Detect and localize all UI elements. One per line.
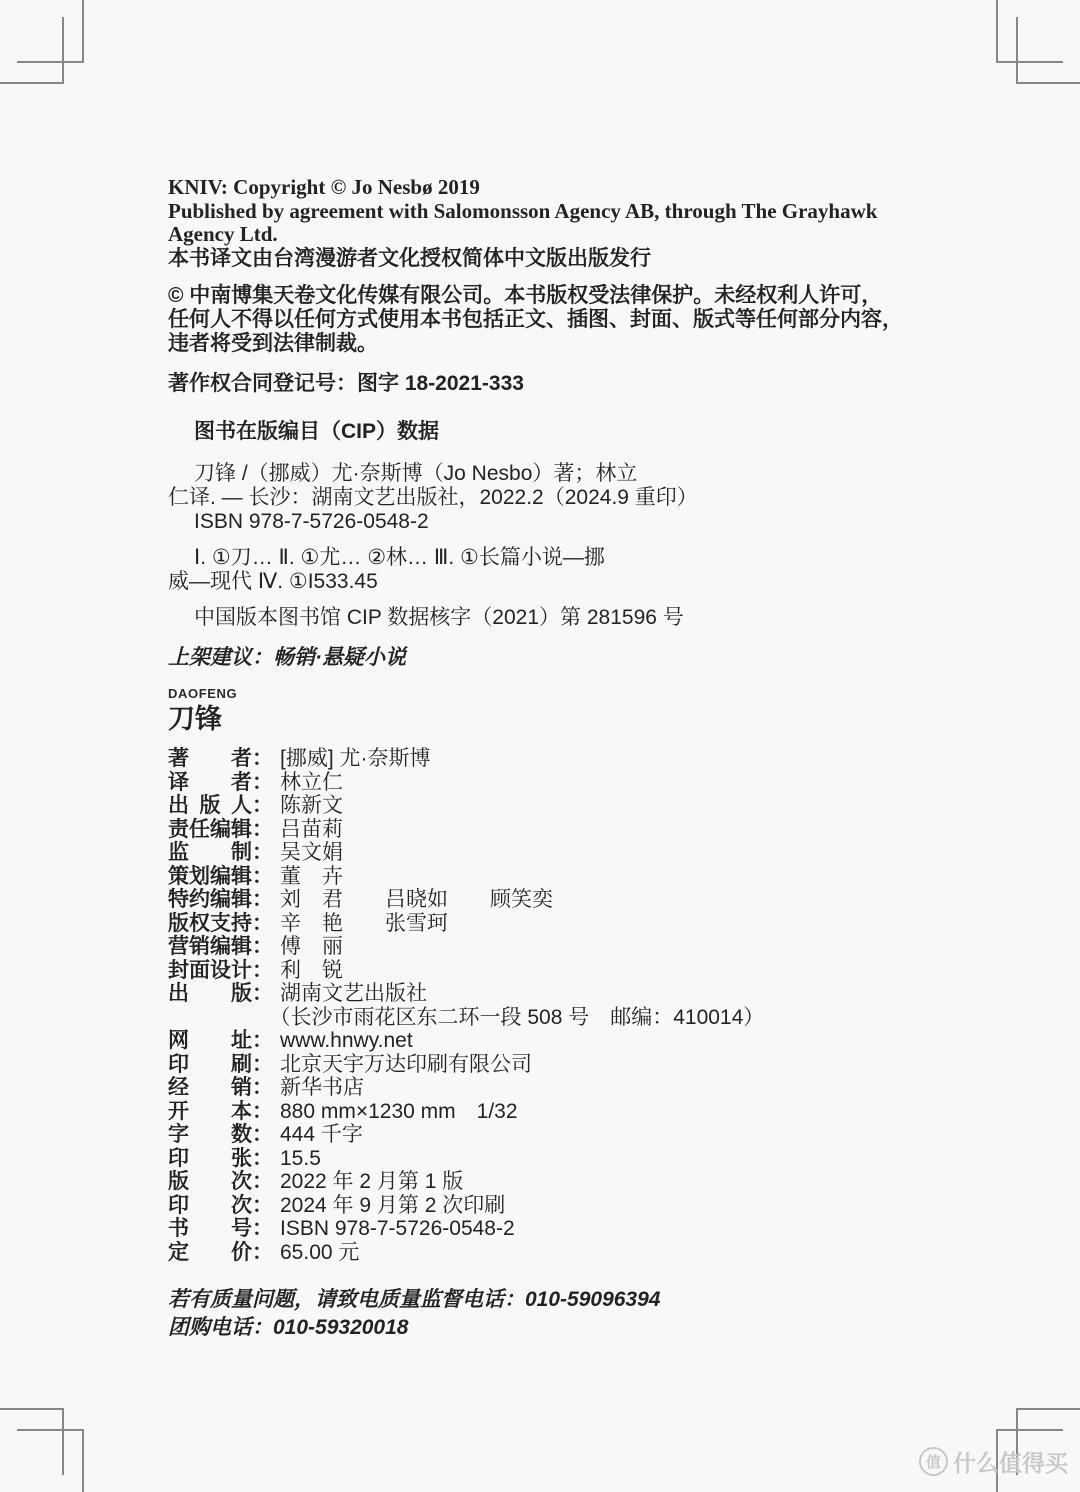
cip-classification: Ⅰ. ①刀… Ⅱ. ①尤… ②林… Ⅲ. ①长篇小说—挪 威—现代 Ⅳ. ①I5… (168, 546, 920, 594)
colophon-row: 封面设计：利 锐 (168, 959, 920, 983)
colophon-label: 经销 (168, 1076, 252, 1100)
colophon-value: 傅 丽 (280, 935, 343, 958)
colophon-label: 责任编辑 (168, 818, 252, 842)
cip-entry: 刀锋 /（挪威）尤·奈斯博（Jo Nesbo）著；林立 仁译. — 长沙：湖南文… (168, 462, 920, 534)
colophon-value: 北京天宇万达印刷有限公司 (280, 1053, 532, 1076)
colophon-row: 策划编辑：董 卉 (168, 865, 920, 889)
book-title: 刀锋 (168, 703, 920, 735)
colophon-label: 译者 (168, 771, 252, 795)
colophon-colon: ： (252, 771, 273, 794)
copyright-line: KNIV: Copyright © Jo Nesbø 2019 (168, 176, 920, 200)
colophon-row: 印张：15.5 (168, 1147, 920, 1171)
colophon-list: 著者：[挪威] 尤·奈斯博译者：林立仁出版人：陈新文责任编辑：吕苗莉监制：吴文娟… (168, 747, 920, 1264)
colophon-value: 新华书店 (280, 1076, 364, 1099)
cip-class-line: 威—现代 Ⅳ. ①I533.45 (168, 570, 920, 594)
colophon-label: 监制 (168, 841, 252, 865)
colophon-value: 吴文娟 (280, 841, 343, 864)
colophon-row: 版权支持：辛 艳 张雪珂 (168, 912, 920, 936)
colophon-value: 湖南文艺出版社 (280, 982, 427, 1005)
colophon-label: 版权支持 (168, 912, 252, 936)
colophon-colon: ： (252, 1100, 273, 1123)
quality-notice: 若有质量问题，请致电质量监督电话：010-59096394 团购电话：010-5… (168, 1286, 920, 1342)
colophon-label: 字数 (168, 1123, 252, 1147)
colophon-value: 2024 年 9 月第 2 次印刷 (280, 1194, 505, 1217)
rights-notice-line: 违者将受到法律制裁。 (168, 332, 920, 356)
colophon-colon: ： (252, 1170, 273, 1193)
colophon-row: 出版人：陈新文 (168, 794, 920, 818)
colophon-colon: ： (252, 888, 273, 911)
colophon-colon: ： (252, 959, 273, 982)
colophon-row: 经销：新华书店 (168, 1076, 920, 1100)
cip-record-number: 中国版本图书馆 CIP 数据核字（2021）第 281596 号 (168, 606, 920, 630)
rights-notice-line: 任何人不得以任何方式使用本书包括正文、插图、封面、版式等任何部分内容， (168, 308, 920, 332)
colophon-row: 印刷：北京天宇万达印刷有限公司 (168, 1053, 920, 1077)
colophon-row: 译者：林立仁 (168, 771, 920, 795)
watermark-text: 什么值得买 (953, 1445, 1068, 1478)
colophon-label: 封面设计 (168, 959, 252, 983)
colophon-label: 开本 (168, 1100, 252, 1124)
crop-mark-icon (0, 1392, 100, 1492)
colophon-value: 880 mm×1230 mm 1/32 (280, 1100, 518, 1123)
cip-isbn: ISBN 978-7-5726-0548-2 (168, 510, 920, 534)
cip-entry-line: 仁译. — 长沙：湖南文艺出版社，2022.2（2024.9 重印） (168, 486, 920, 510)
colophon-row: 特约编辑：刘 君 吕晓如 顾笑奕 (168, 888, 920, 912)
colophon-value: 15.5 (280, 1147, 321, 1170)
rights-notice: © 中南博集天卷文化传媒有限公司。本书版权受法律保护。未经权利人许可， 任何人不… (168, 284, 920, 356)
colophon-row: 责任编辑：吕苗莉 (168, 818, 920, 842)
colophon-label: 营销编辑 (168, 935, 252, 959)
colophon-value: 刘 君 吕晓如 顾笑奕 (280, 888, 553, 911)
colophon-label: 印次 (168, 1194, 252, 1218)
colophon-row: 印次：2024 年 9 月第 2 次印刷 (168, 1194, 920, 1218)
colophon-label: 定价 (168, 1241, 252, 1265)
colophon-colon: ： (252, 982, 273, 1005)
quality-hotline: 若有质量问题，请致电质量监督电话：010-59096394 (168, 1286, 920, 1314)
cip-class-line: Ⅰ. ①刀… Ⅱ. ①尤… ②林… Ⅲ. ①长篇小说—挪 (168, 546, 920, 570)
watermark: 值 什么值得买 (919, 1445, 1068, 1478)
colophon-row: 著者：[挪威] 尤·奈斯博 (168, 747, 920, 771)
colophon-colon: ： (252, 865, 273, 888)
smzdm-badge-icon: 值 (919, 1447, 948, 1476)
colophon-row: 书号：ISBN 978-7-5726-0548-2 (168, 1217, 920, 1241)
colophon-colon: ： (252, 1241, 273, 1264)
colophon-colon: ： (252, 935, 273, 958)
colophon-label: 特约编辑 (168, 888, 252, 912)
colophon-colon: ： (252, 1217, 273, 1240)
colophon-label: 出版 (168, 982, 252, 1006)
group-purchase-phone: 团购电话：010-59320018 (168, 1314, 920, 1342)
colophon-value: 2022 年 2 月第 1 版 (280, 1170, 463, 1193)
colophon-colon: ： (252, 818, 273, 841)
colophon-colon: ： (252, 1194, 273, 1217)
colophon-colon: ： (252, 794, 273, 817)
colophon-label: 版次 (168, 1170, 252, 1194)
colophon-colon: ： (252, 1147, 273, 1170)
cip-entry-line: 刀锋 /（挪威）尤·奈斯博（Jo Nesbo）著；林立 (168, 462, 920, 486)
registration-number: 著作权合同登记号：图字 18-2021-333 (168, 372, 920, 396)
colophon-row: 监制：吴文娟 (168, 841, 920, 865)
colophon-value: ISBN 978-7-5726-0548-2 (280, 1217, 515, 1240)
colophon-label: 著者 (168, 747, 252, 771)
shelf-advice: 上架建议：畅销·悬疑小说 (168, 646, 920, 670)
colophon-row: 开本：880 mm×1230 mm 1/32 (168, 1100, 920, 1124)
cip-heading: 图书在版编目（CIP）数据 (168, 420, 920, 444)
colophon-value: 利 锐 (280, 959, 343, 982)
book-pinyin: DAOFENG (168, 686, 920, 701)
colophon-colon: ： (252, 747, 273, 770)
copyright-block: KNIV: Copyright © Jo Nesbø 2019 Publishe… (168, 176, 920, 270)
colophon-value: 林立仁 (280, 771, 343, 794)
crop-mark-icon (0, 0, 100, 100)
colophon-value: 董 卉 (280, 865, 343, 888)
colophon-colon: ： (252, 841, 273, 864)
colophon-value: 辛 艳 张雪珂 (280, 912, 448, 935)
colophon-row: 定价：65.00 元 (168, 1241, 920, 1265)
colophon-row: 版次：2022 年 2 月第 1 版 (168, 1170, 920, 1194)
colophon-label: 印张 (168, 1147, 252, 1171)
colophon-row: 营销编辑：傅 丽 (168, 935, 920, 959)
crop-mark-icon (980, 0, 1080, 100)
colophon-value: 65.00 元 (280, 1241, 359, 1264)
colophon-value: （长沙市雨花区东二环一段 508 号 邮编：410014） (280, 1006, 764, 1029)
colophon-colon: ： (252, 912, 273, 935)
colophon-label: 印刷 (168, 1053, 252, 1077)
colophon-colon: ： (252, 1123, 273, 1146)
colophon-row: 网址：www.hnwy.net (168, 1029, 920, 1053)
page-content: KNIV: Copyright © Jo Nesbø 2019 Publishe… (168, 176, 920, 1342)
colophon-value: [挪威] 尤·奈斯博 (280, 747, 431, 770)
colophon-value: 444 千字 (280, 1123, 363, 1146)
copyright-page: KNIV: Copyright © Jo Nesbø 2019 Publishe… (0, 0, 1080, 1492)
colophon-row: 出版：湖南文艺出版社 (168, 982, 920, 1006)
colophon-value: www.hnwy.net (280, 1029, 413, 1052)
colophon-colon: ： (252, 1076, 273, 1099)
colophon-value: 陈新文 (280, 794, 343, 817)
colophon-row: 字数：444 千字 (168, 1123, 920, 1147)
colophon-address-row: ：（长沙市雨花区东二环一段 508 号 邮编：410014） (168, 1006, 920, 1030)
colophon-label: 网址 (168, 1029, 252, 1053)
colophon-value: 吕苗莉 (280, 818, 343, 841)
colophon-label: 书号 (168, 1217, 252, 1241)
colophon-colon: ： (252, 1029, 273, 1052)
colophon-label: 出版人 (168, 794, 252, 818)
copyright-line: Agency Ltd. (168, 223, 920, 247)
translation-license-line: 本书译文由台湾漫游者文化授权简体中文版出版发行 (168, 247, 920, 271)
rights-notice-line: © 中南博集天卷文化传媒有限公司。本书版权受法律保护。未经权利人许可， (168, 284, 920, 308)
colophon-colon: ： (252, 1053, 273, 1076)
colophon-label: 策划编辑 (168, 865, 252, 889)
copyright-line: Published by agreement with Salomonsson … (168, 200, 920, 224)
